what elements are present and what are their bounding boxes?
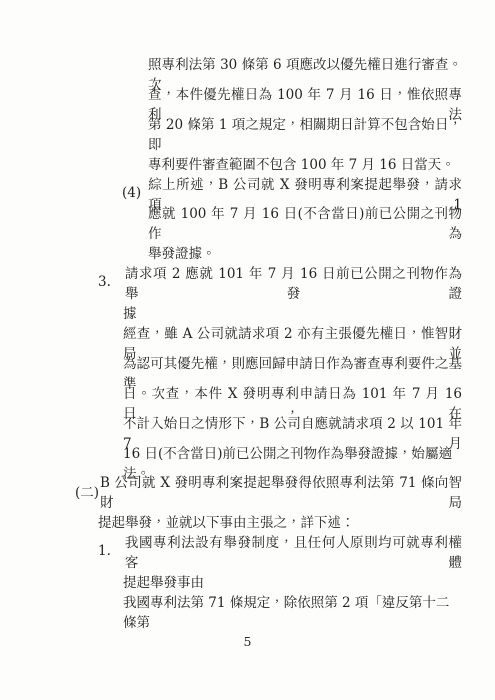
list-marker: 1. bbox=[98, 543, 111, 559]
document-body: 照專利法第 30 條第 6 項應改以優先權日進行審查。次查，本件優先權日為 10… bbox=[0, 58, 495, 626]
line-text: 專利要件審查範圍不包含 100 年 7 月 16 日當天。 bbox=[148, 153, 462, 173]
line-text: 據 bbox=[123, 302, 462, 322]
line-text: 舉發證據。 bbox=[148, 242, 462, 262]
text-line-6: 應就 100 年 7 月 16 日(不含當日)前已公開之刊物作為 bbox=[0, 207, 495, 237]
line-text: 我國專利法設有舉發制度，且任何人原則均可就專利權客體 bbox=[125, 531, 462, 571]
list-marker: (二) bbox=[75, 481, 99, 501]
line-text: 提起舉發事由 bbox=[123, 571, 462, 591]
text-line-3: 第 20 條第 1 項之規定，相關期日計算不包含始日，即 bbox=[0, 118, 495, 148]
line-text: B 公司就 X 發明專利案提起舉發得依照專利法第 71 條向智財局 bbox=[100, 471, 462, 511]
text-line-19: 我國專利法第 71 條規定，除依照第 2 項「違反第十二條第 bbox=[0, 596, 495, 626]
text-line-8: 3.請求項 2 應就 101 年 7 月 16 日前已公開之刊物作為舉發證 bbox=[0, 267, 495, 297]
text-line-15: (二)B 公司就 X 發明專利案提起舉發得依照專利法第 71 條向智財局 bbox=[0, 476, 495, 506]
line-text: 請求項 2 應就 101 年 7 月 16 日前已公開之刊物作為舉發證 bbox=[125, 262, 462, 302]
page-number: 5 bbox=[0, 634, 495, 649]
list-marker: 3. bbox=[98, 274, 111, 290]
list-marker: (4) bbox=[122, 185, 141, 201]
line-text: 提起舉發，並就以下事由主張之，詳下述： bbox=[98, 511, 462, 531]
line-text: 第 20 條第 1 項之規定，相關期日計算不包含始日，即 bbox=[148, 113, 462, 153]
text-line-17: 1.我國專利法設有舉發制度，且任何人原則均可就專利權客體 bbox=[0, 536, 495, 566]
document-page: 照專利法第 30 條第 6 項應改以優先權日進行審查。次查，本件優先權日為 10… bbox=[0, 0, 495, 700]
line-text: 我國專利法第 71 條規定，除依照第 2 項「違反第十二條第 bbox=[123, 591, 462, 631]
line-text: 應就 100 年 7 月 16 日(不含當日)前已公開之刊物作為 bbox=[148, 202, 462, 242]
